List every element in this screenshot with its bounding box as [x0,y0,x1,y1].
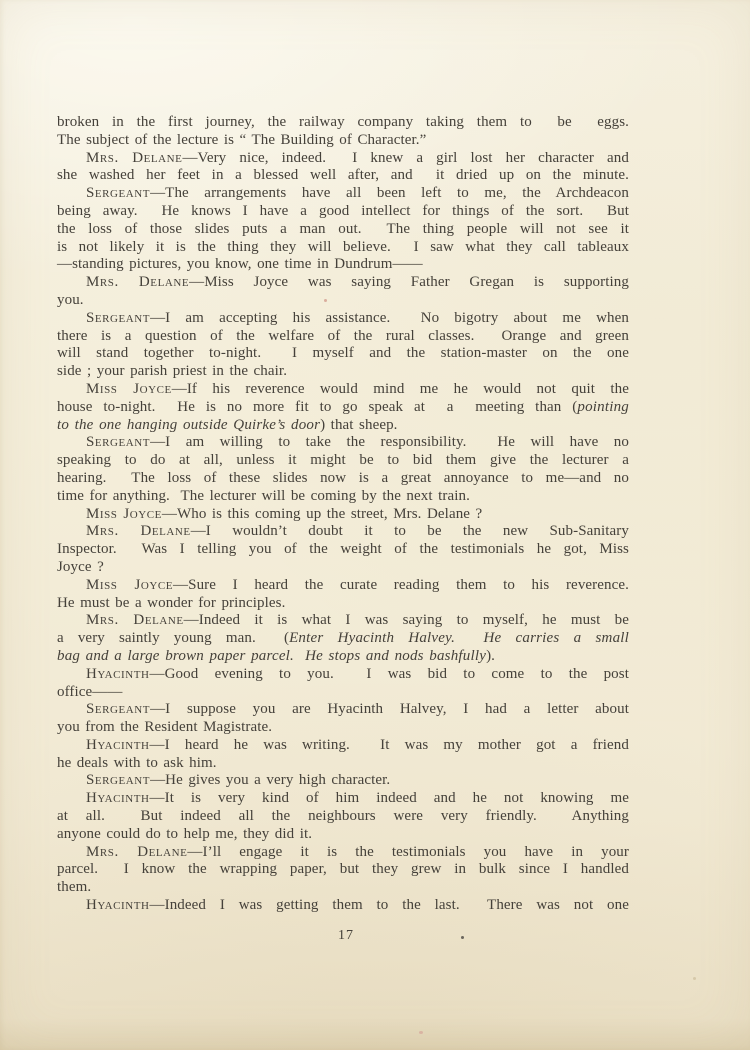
speaker-name: Mrs. Delane [86,612,184,628]
text-line: Inspector. Was I telling you of the weig… [57,541,629,559]
text-line: he deals with to ask him. [57,755,629,773]
dialogue-text: she washed her feet in a blessed well af… [57,167,629,183]
ink-dot-artifact [461,936,464,939]
dialogue-text: —It is very kind of him indeed and he no… [150,790,629,806]
text-line: Miss Joyce—Sure I heard the curate readi… [57,577,629,595]
book-page-scan: broken in the first journey, the railway… [0,0,750,1050]
speaker-name: Hyacinth [86,897,150,913]
dialogue-text: being away. He knows I have a good intel… [57,203,629,219]
stage-direction: Enter Hyacinth Halvey. He carries a smal… [289,630,629,646]
text-line: Mrs. Delane—I wouldn’t doubt it to be th… [57,523,629,541]
text-line: will stand together to-night. I myself a… [57,345,629,363]
dialogue-text: —Miss Joyce was saying Father Gregan is … [189,274,629,290]
text-line: to the one hanging outside Quirke’s door… [57,417,629,435]
dialogue-text: Joyce ? [57,559,104,575]
text-line: house to-night. He is no more fit to go … [57,399,629,417]
speaker-name: Mrs. Delane [86,274,189,290]
text-line: time for anything. The lecturer will be … [57,488,629,506]
speaker-name: Sergeant [86,701,150,717]
dialogue-text: —He gives you a very high character. [150,772,390,788]
text-line: parcel. I know the wrapping paper, but t… [57,861,629,879]
speaker-name: Sergeant [86,434,150,450]
text-line: Hyacinth—Good evening to you. I was bid … [57,666,629,684]
text-line: Mrs. Delane—Very nice, indeed. I knew a … [57,150,629,168]
text-line: Mrs. Delane—I’ll engage it is the testim… [57,844,629,862]
speaker-name: Hyacinth [86,790,150,806]
text-line: Hyacinth—Indeed I was getting them to th… [57,897,629,915]
dialogue-text: at all. But indeed all the neighbours we… [57,808,629,824]
dialogue-text: —Indeed I was getting them to the last. … [150,897,629,913]
dialogue-text: office—— [57,684,123,700]
text-line: hearing. The loss of these slides now is… [57,470,629,488]
text-line: Miss Joyce—Who is this coming up the str… [57,506,629,524]
dialogue-text: hearing. The loss of these slides now is… [57,470,629,486]
stage-direction: to the one hanging outside Quirke’s door [57,417,320,433]
dialogue-text: —Sure I heard the curate reading them to… [173,577,629,593]
text-line: there is a question of the welfare of th… [57,328,629,346]
text-line: office—— [57,684,629,702]
speaker-name: Mrs. Delane [86,523,191,539]
paper-speck [419,1031,423,1034]
speaker-name: Miss Joyce [86,577,173,593]
dialogue-text: —Indeed it is what I was saying to mysel… [184,612,629,628]
text-line: side ; your parish priest in the chair. [57,363,629,381]
text-line: Sergeant—I suppose you are Hyacinth Halv… [57,701,629,719]
text-line: you. [57,292,629,310]
dialogue-text: time for anything. The lecturer will be … [57,488,470,504]
dialogue-text: —I am willing to take the responsibility… [150,434,629,450]
dialogue-text: will stand together to-night. I myself a… [57,345,629,361]
dialogue-text: you from the Resident Magistrate. [57,719,272,735]
dialogue-text: the loss of those slides puts a man out.… [57,221,629,237]
dialogue-text: them. [57,879,91,895]
dialogue-text: broken in the first journey, the railway… [57,114,629,130]
text-line: is not likely it is the thing they will … [57,239,629,257]
speaker-name: Miss Joyce [86,506,162,522]
play-text: broken in the first journey, the railway… [57,114,629,915]
dialogue-text: side ; your parish priest in the chair. [57,363,287,379]
dialogue-text: there is a question of the welfare of th… [57,328,629,344]
dialogue-text: speaking to do at all, unless it might b… [57,452,629,468]
dialogue-text: —standing pictures, you know, one time i… [57,256,423,272]
text-line: Mrs. Delane—Indeed it is what I was sayi… [57,612,629,630]
text-line: bag and a large brown paper parcel. He s… [57,648,629,666]
text-line: anyone could do to help me, they did it. [57,826,629,844]
text-line: Sergeant—He gives you a very high charac… [57,772,629,790]
dialogue-text: —I suppose you are Hyacinth Halvey, I ha… [150,701,629,717]
page-number: 17 [60,929,632,943]
dialogue-text: —If his reverence would mind me he would… [172,381,629,397]
dialogue-text: —I’ll engage it is the testimonials you … [187,844,629,860]
dialogue-text: ) that sheep. [320,417,397,433]
stage-direction: pointing [577,399,629,415]
dialogue-text: —Very nice, indeed. I knew a girl lost h… [182,150,629,166]
speaker-name: Hyacinth [86,666,150,682]
dialogue-text: ). [486,648,495,664]
dialogue-text: anyone could do to help me, they did it. [57,826,312,842]
text-line: Hyacinth—It is very kind of him indeed a… [57,790,629,808]
dialogue-text: —I am accepting his assistance. No bigot… [150,310,629,326]
dialogue-text: Inspector. Was I telling you of the weig… [57,541,629,557]
speaker-name: Sergeant [86,772,150,788]
speaker-name: Miss Joyce [86,381,172,397]
paper-speck [693,977,696,980]
text-line: Mrs. Delane—Miss Joyce was saying Father… [57,274,629,292]
speaker-name: Mrs. Delane [86,844,187,860]
dialogue-text: He must be a wonder for principles. [57,595,285,611]
speaker-name: Sergeant [86,310,150,326]
dialogue-text: he deals with to ask him. [57,755,217,771]
text-line: —standing pictures, you know, one time i… [57,256,629,274]
text-line: at all. But indeed all the neighbours we… [57,808,629,826]
text-line: Hyacinth—I heard he was writing. It was … [57,737,629,755]
text-line: Sergeant—I am accepting his assistance. … [57,310,629,328]
dialogue-text: —I heard he was writing. It was my mothe… [150,737,629,753]
dialogue-text: —The arrangements have all been left to … [150,185,629,201]
text-line: being away. He knows I have a good intel… [57,203,629,221]
dialogue-text: a very saintly young man. ( [57,630,289,646]
dialogue-text: —Who is this coming up the street, Mrs. … [162,506,482,522]
text-line: Sergeant—The arrangements have all been … [57,185,629,203]
text-line: Joyce ? [57,559,629,577]
paper-speck [560,122,562,124]
text-line: speaking to do at all, unless it might b… [57,452,629,470]
speaker-name: Hyacinth [86,737,150,753]
text-line: she washed her feet in a blessed well af… [57,167,629,185]
text-line: the loss of those slides puts a man out.… [57,221,629,239]
paper-speck [324,299,327,302]
text-line: Miss Joyce—If his reverence would mind m… [57,381,629,399]
dialogue-text: house to-night. He is no more fit to go … [57,399,577,415]
text-line: Sergeant—I am willing to take the respon… [57,434,629,452]
dialogue-text: —Good evening to you. I was bid to come … [150,666,629,682]
dialogue-text: you. [57,292,84,308]
speaker-name: Mrs. Delane [86,150,182,166]
dialogue-text: —I wouldn’t doubt it to be the new Sub-S… [191,523,629,539]
dialogue-text: The subject of the lecture is “ The Buil… [57,132,426,148]
text-line: The subject of the lecture is “ The Buil… [57,132,629,150]
text-line: them. [57,879,629,897]
text-line: He must be a wonder for principles. [57,595,629,613]
dialogue-text: parcel. I know the wrapping paper, but t… [57,861,629,877]
text-line: a very saintly young man. (Enter Hyacint… [57,630,629,648]
speaker-name: Sergeant [86,185,150,201]
text-line: you from the Resident Magistrate. [57,719,629,737]
stage-direction: bag and a large brown paper parcel. He s… [57,648,486,664]
text-line: broken in the first journey, the railway… [57,114,629,132]
dialogue-text: is not likely it is the thing they will … [57,239,629,255]
